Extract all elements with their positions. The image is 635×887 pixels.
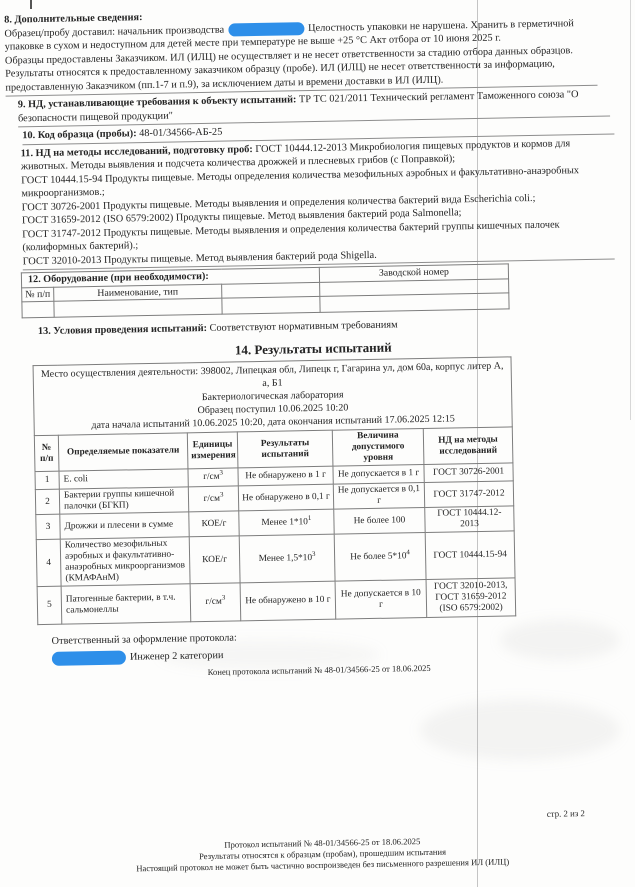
row-method: ГОСТ 31747-2012 — [424, 481, 514, 508]
results-section-title: 14. Результаты испытаний — [8, 336, 618, 361]
row-limit: Не более 100 — [334, 508, 425, 535]
row-num: 4 — [36, 539, 61, 586]
row-method: ГОСТ 10444.15-94 — [425, 531, 515, 580]
row-indicator: Количество мезофильных аэробных и факуль… — [60, 537, 190, 586]
sample-delivered-text: Образец/пробу доставил: начальник произв… — [4, 24, 224, 39]
col-header-method: НД на методы исследований — [423, 427, 513, 465]
row-unit: г/см3 — [188, 468, 238, 487]
row-method: ГОСТ 30726-2001 — [424, 463, 513, 483]
row-indicator: E. coli — [59, 469, 188, 489]
row-num: 5 — [37, 586, 62, 624]
protocol-page: 8. Дополнительные сведения: Образец/проб… — [2, 2, 628, 881]
signature-block: Ответственный за оформление протокола: И… — [51, 631, 237, 665]
equipment-empty-cell — [22, 301, 54, 318]
row-limit: Не допускается в 1 г — [333, 465, 424, 485]
row-indicator: Патогенные бактерии, в т.ч. сальмонеллы — [61, 584, 191, 624]
section-methods-nd: 11. НД на методы исследований, подготовк… — [21, 136, 615, 270]
row-method: ГОСТ 10444.12-2013 — [425, 506, 515, 533]
section11-label: 11. НД на методы исследований, подготовк… — [21, 144, 253, 159]
col-header-indicator: Определяемые показатели — [58, 433, 188, 471]
page-footer: Протокол испытаний № 48-01/34566-25 от 1… — [17, 832, 628, 876]
signature-label: Ответственный за оформление протокола: — [51, 631, 236, 648]
sample-code-value: 48-01/34566-АБ-25 — [139, 127, 222, 140]
col-header-result: Результаты испытаний — [237, 430, 333, 468]
results-table: Место осуществления деятельности: 398002… — [33, 356, 517, 625]
row-result: Не обнаружено в 1 г — [238, 466, 333, 486]
col-header-num: № п/п — [34, 435, 59, 471]
signature-row: Инженер 2 категории — [52, 648, 237, 665]
col-header-unit: Единицы измерения — [187, 432, 238, 469]
row-method: ГОСТ 32010-2013, ГОСТ 31659-2012 (ISO 65… — [426, 578, 516, 618]
row-unit: г/см3 — [190, 583, 241, 622]
row-unit: г/см3 — [188, 486, 238, 512]
row-result: Менее 1,5*103 — [239, 534, 335, 583]
row-num: 1 — [35, 471, 59, 489]
row-unit: КОЕ/г — [189, 511, 239, 537]
row-limit: Не более 5*104 — [334, 532, 426, 581]
row-indicator: Бактерии группы кишечной палочки (БГКП) — [59, 487, 188, 514]
row-limit: Не допускается в 0,1 г — [333, 483, 424, 510]
section-additional-info: 8. Дополнительные сведения: Образец/проб… — [4, 3, 597, 97]
table-row: 5 Патогенные бактерии, в т.ч. сальмонелл… — [37, 578, 516, 625]
row-result: Не обнаружено в 10 г — [240, 581, 336, 621]
equipment-col-num: № п/п — [22, 287, 54, 302]
row-unit: КОЕ/г — [189, 536, 240, 584]
row-result: Менее 1*101 — [239, 509, 334, 536]
equipment-empty-cell — [54, 298, 222, 317]
section13-label: 13. Условия проведения испытаний: — [38, 323, 207, 337]
results-info-cell: Место осуществления деятельности: 398002… — [33, 357, 512, 436]
row-indicator: Дрожжи и плесени в сумме — [60, 512, 189, 539]
row-num: 2 — [35, 489, 59, 514]
col-header-limit: Величина допустимого уровня — [332, 429, 424, 467]
redaction-bar-signature — [52, 650, 126, 665]
equipment-empty-cell — [320, 293, 509, 312]
page-number: стр. 2 из 2 — [547, 807, 585, 821]
section-test-conditions: 13. Условия проведения испытаний: Соотве… — [38, 314, 618, 338]
redaction-bar-name — [228, 22, 304, 36]
equipment-table: 12. Оборудование (при необходимости): За… — [21, 263, 510, 318]
scan-tick-mark — [30, 0, 32, 9]
page-edge-line — [630, 0, 631, 420]
row-result: Не обнаружено в 0,1 г — [238, 484, 333, 511]
equipment-empty-cell — [222, 296, 320, 314]
section13-value: Соответствуют нормативным требованиям — [210, 319, 398, 333]
row-limit: Не допускается в 10 г — [335, 579, 427, 619]
section9-label: 9. НД, устанавливающие требования к объе… — [18, 94, 297, 110]
section10-label: 10. Код образца (пробы): — [22, 128, 136, 141]
row-num: 3 — [36, 514, 60, 539]
results-info-row: Место осуществления деятельности: 398002… — [33, 357, 512, 436]
signer-position: Инженер 2 категории — [130, 650, 224, 663]
